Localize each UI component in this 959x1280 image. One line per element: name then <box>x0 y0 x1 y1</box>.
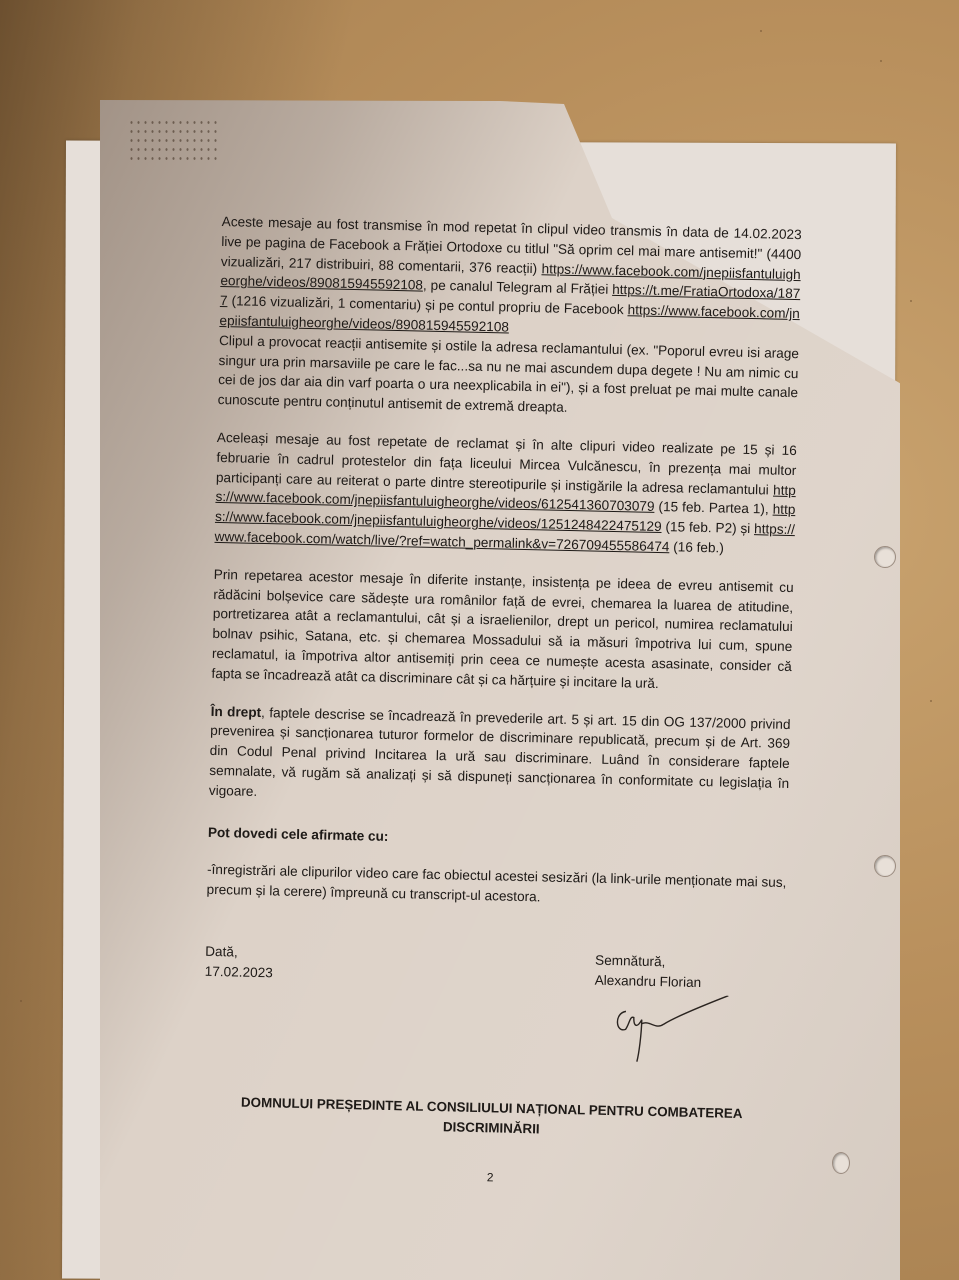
background-speck <box>760 30 762 32</box>
legal-basis-lead: În drept <box>211 703 262 719</box>
background-speck <box>910 300 912 302</box>
paragraph-conclusion: Prin repetarea acestor mesaje în diferit… <box>211 565 794 697</box>
punch-hole-icon <box>832 1152 850 1174</box>
date-label: Dată, <box>205 942 273 963</box>
punch-hole-icon <box>874 546 896 568</box>
date-value: 17.02.2023 <box>205 962 273 983</box>
paragraph-text: , pe canalul Telegram al Frăției <box>423 278 613 297</box>
paragraph-text: Aceleași mesaje au fost repetate de recl… <box>216 430 797 497</box>
signature-name: Alexandru Florian <box>594 970 784 994</box>
ink-specks <box>128 118 218 163</box>
paragraph-text: (15 feb. P2) și <box>661 519 754 536</box>
recipient-block: DOMNULUI PREȘEDINTE AL CONSILIULUI NAȚIO… <box>201 1091 782 1144</box>
background-speck <box>880 60 882 62</box>
paragraph-text: (15 feb. Partea 1), <box>654 499 773 517</box>
paragraph-reactions: Clipul a provocat reacții antisemite și … <box>218 331 800 423</box>
proof-heading: Pot dovedi cele afirmate cu: <box>208 822 788 855</box>
document-body: Aceste mesaje au fost transmise în mod r… <box>200 212 802 1194</box>
paragraph-legal-basis: În drept, faptele descrise se încadrează… <box>209 701 791 813</box>
signature-row: Dată, 17.02.2023 Semnătură, Alexandru Fl… <box>203 942 785 1067</box>
handwritten-signature-icon <box>603 992 735 1065</box>
background-speck <box>930 700 932 702</box>
date-block: Dată, 17.02.2023 <box>203 942 274 1055</box>
paragraph-other-clips: Aceleași mesaje au fost repetate de recl… <box>214 428 797 560</box>
background-speck <box>20 1000 22 1002</box>
signature-block: Semnătură, Alexandru Florian <box>593 951 785 1067</box>
paragraph-text: , faptele descrise se încadrează în prev… <box>209 705 791 799</box>
punch-hole-icon <box>874 855 896 877</box>
proof-item: -înregistrări ale clipurilor video care … <box>206 860 787 913</box>
paragraph-video-transmission: Aceste mesaje au fost transmise în mod r… <box>219 212 802 344</box>
paragraph-text: (16 feb.) <box>669 539 724 555</box>
